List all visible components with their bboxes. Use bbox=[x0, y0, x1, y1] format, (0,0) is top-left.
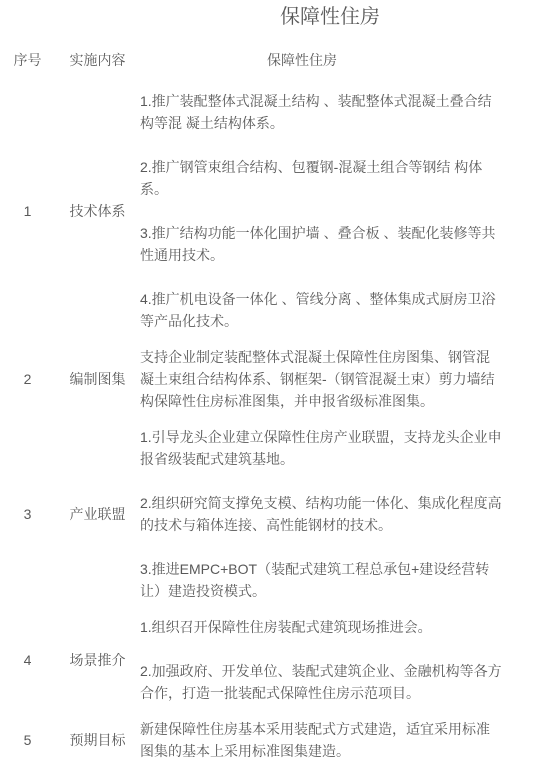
header-affordable-housing: 保障性住房 bbox=[140, 41, 547, 83]
table-row: 4场景推介1.组织召开保障性住房装配式建筑现场推进会。2.加强政府、开发单位、装… bbox=[0, 609, 547, 711]
content-paragraph: 支持企业制定装配整体式混凝土保障性住房图集、钢管混 凝土束组合结构体系、钢框架-… bbox=[140, 346, 547, 412]
table-row: 2编制图集支持企业制定装配整体式混凝土保障性住房图集、钢管混 凝土束组合结构体系… bbox=[0, 339, 547, 419]
header-implementation-content: 实施内容 bbox=[55, 41, 140, 83]
content-paragraph: 4.推广机电设备一体化 、管线分离 、整体集成式厨房卫浴 等产品化技术。 bbox=[140, 288, 547, 332]
row-number: 2 bbox=[0, 339, 55, 419]
row-content: 支持企业制定装配整体式混凝土保障性住房图集、钢管混 凝土束组合结构体系、钢框架-… bbox=[140, 339, 547, 419]
row-label: 预期目标 bbox=[55, 711, 140, 763]
content-paragraph: 1.推广装配整体式混凝土结构 、装配整体式混凝土叠合结 构等混 凝土结构体系。 bbox=[140, 90, 547, 134]
page-title: 保障性住房 bbox=[0, 0, 547, 29]
row-content: 1.引导龙头企业建立保障性住房产业联盟，支持龙头企业申 报省级装配式建筑基地。2… bbox=[140, 419, 547, 609]
content-paragraph: 2.推广钢管束组合结构、包覆钢-混凝土组合等钢结 构体 系。 bbox=[140, 156, 547, 200]
row-number: 3 bbox=[0, 419, 55, 609]
row-label: 技术体系 bbox=[55, 83, 140, 339]
content-paragraph: 1.组织召开保障性住房装配式建筑现场推进会。 bbox=[140, 616, 547, 638]
content-paragraph: 2.加强政府、开发单位、装配式建筑企业、金融机构等各方 合作，打造一批装配式保障… bbox=[140, 660, 547, 704]
content-paragraph: 3.推进EMPC+BOT（装配式建筑工程总承包+建设经营转 让）建造投资模式。 bbox=[140, 558, 547, 602]
row-number: 5 bbox=[0, 711, 55, 763]
row-label: 场景推介 bbox=[55, 609, 140, 711]
row-number: 1 bbox=[0, 83, 55, 339]
row-content: 1.组织召开保障性住房装配式建筑现场推进会。2.加强政府、开发单位、装配式建筑企… bbox=[140, 609, 547, 711]
row-number: 4 bbox=[0, 609, 55, 711]
table-row: 1技术体系1.推广装配整体式混凝土结构 、装配整体式混凝土叠合结 构等混 凝土结… bbox=[0, 83, 547, 339]
document-page: 保障性住房 序号 实施内容 保障性住房 1技术体系1.推广装配整体式混凝土结构 … bbox=[0, 0, 547, 763]
implementation-table: 序号 实施内容 保障性住房 1技术体系1.推广装配整体式混凝土结构 、装配整体式… bbox=[0, 41, 547, 763]
row-content: 新建保障性住房基本采用装配式方式建造，适宜采用标准 图集的基本上采用标准图集建造… bbox=[140, 711, 547, 763]
row-content: 1.推广装配整体式混凝土结构 、装配整体式混凝土叠合结 构等混 凝土结构体系。2… bbox=[140, 83, 547, 339]
header-serial-number: 序号 bbox=[0, 41, 55, 83]
content-paragraph: 3.推广结构功能一体化围护墙 、叠合板 、装配化装修等共 性通用技术。 bbox=[140, 222, 547, 266]
table-row: 5预期目标新建保障性住房基本采用装配式方式建造，适宜采用标准 图集的基本上采用标… bbox=[0, 711, 547, 763]
row-label: 编制图集 bbox=[55, 339, 140, 419]
content-paragraph: 1.引导龙头企业建立保障性住房产业联盟，支持龙头企业申 报省级装配式建筑基地。 bbox=[140, 426, 547, 470]
table-body: 1技术体系1.推广装配整体式混凝土结构 、装配整体式混凝土叠合结 构等混 凝土结… bbox=[0, 83, 547, 763]
table-row: 3产业联盟1.引导龙头企业建立保障性住房产业联盟，支持龙头企业申 报省级装配式建… bbox=[0, 419, 547, 609]
table-header-row: 序号 实施内容 保障性住房 bbox=[0, 41, 547, 83]
row-label: 产业联盟 bbox=[55, 419, 140, 609]
content-paragraph: 2.组织研究简支撑免支模、结构功能一体化、集成化程度高 的技术与箱体连接、高性能… bbox=[140, 492, 547, 536]
content-paragraph: 新建保障性住房基本采用装配式方式建造，适宜采用标准 图集的基本上采用标准图集建造… bbox=[140, 718, 547, 762]
